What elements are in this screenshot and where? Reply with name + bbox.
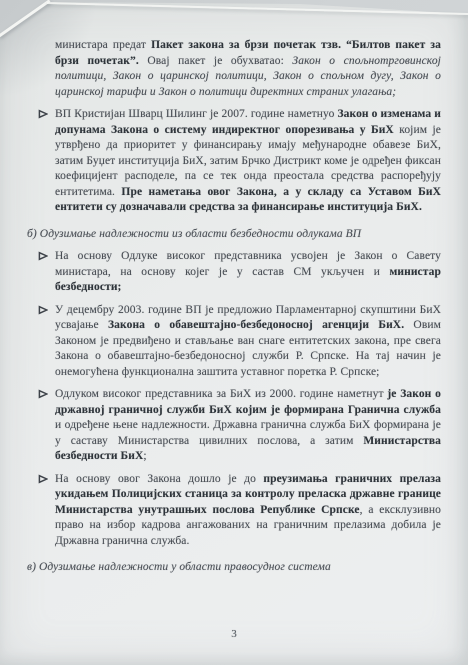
text-run: Одлуком високог представника за БиХ из 2…	[55, 388, 387, 400]
text-run: ВП Кристијан Шварц Шилинг је 2007. годин…	[55, 108, 337, 120]
section-b-heading: б) Одузимање надлежности из области безб…	[27, 227, 441, 243]
page-number: 3	[0, 628, 468, 640]
section-v-heading: в) Одузимање надлежности у области право…	[27, 560, 441, 576]
bullet-council-of-ministers: На основу Одлуке високог представника ус…	[27, 249, 441, 296]
document-photo: министара предат Пакет закона за брзи по…	[0, 0, 468, 665]
bullet-indirect-taxation-law: ВП Кристијан Шварц Шилинг је 2007. годин…	[27, 107, 441, 216]
page-content: министара предат Пакет закона за брзи по…	[27, 38, 441, 582]
text-run: Закона о обавештајно-безбедоносној агенц…	[108, 319, 413, 331]
text-run: Овај пакет је обухватао:	[147, 55, 292, 67]
text-run: На основу Одлуке високог представника ус…	[55, 250, 441, 278]
document-page: министара предат Пакет закона за брзи по…	[0, 0, 468, 665]
text-run: На основу овог Закона дошло је до	[55, 473, 263, 485]
text-run: ;	[143, 450, 146, 462]
bullet-arrow-icon	[38, 305, 48, 315]
bullet-arrow-icon	[38, 251, 48, 261]
text-run: министара предат	[55, 39, 151, 51]
bullet-arrow-icon	[38, 474, 48, 484]
bullet-arrow-icon	[38, 389, 48, 399]
text-run: в) Одузимање надлежности у области право…	[27, 561, 331, 573]
bullet-state-border-service: Одлуком високог представника за БиХ из 2…	[27, 387, 441, 465]
bullet-border-crossings-takeover: На основу овог Закона дошло је до преузи…	[27, 472, 441, 550]
text-run: б) Одузимање надлежности из области безб…	[27, 228, 361, 240]
bullet-arrow-icon	[38, 109, 48, 119]
bullet-intelligence-security-agency: У децембру 2003. године ВП је предложио …	[27, 303, 441, 381]
para-quick-start-package: министара предат Пакет закона за брзи по…	[27, 38, 441, 100]
